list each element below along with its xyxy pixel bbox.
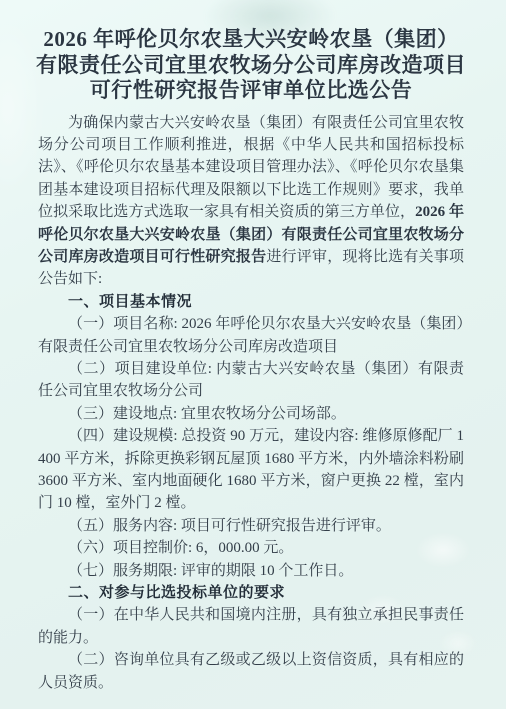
intro-paragraph: 为确保内蒙古大兴安岭农垦（集团）有限责任公司宜里农牧场分公司项目工作顺利推进，根… (38, 112, 464, 291)
section-1-item-control-price: （六）项目控制价: 6，000.00 元。 (38, 537, 464, 559)
document-body: 为确保内蒙古大兴安岭农垦（集团）有限责任公司宜里农牧场分公司项目工作顺利推进，根… (38, 112, 464, 695)
section-2-item-qualification: （二）咨询单位具有乙级或乙级以上资信资质，具有相应的人员资质。 (38, 649, 464, 694)
intro-text-before-project-name: 为确保内蒙古大兴安岭农垦（集团）有限责任公司宜里农牧场分公司项目工作顺利推进，根… (38, 115, 464, 221)
section-1-item-scale: （四）建设规模: 总投资 90 万元，建设内容: 维修原修配厂 1400 平方米… (38, 425, 464, 515)
document-content: 2026 年呼伦贝尔农垦大兴安岭农垦（集团）有限责任公司宜里农牧场分公司库房改造… (38, 27, 464, 694)
section-2-heading: 二、对参与比选投标单位的要求 (38, 582, 464, 604)
section-2-item-registration: （一）在中华人民共和国境内注册，具有独立承担民事责任的能力。 (38, 604, 464, 649)
section-1-item-construction-unit: （二）项目建设单位: 内蒙古大兴安岭农垦（集团）有限责任公司宜里农牧场分公司 (38, 358, 464, 403)
section-1-item-location: （三）建设地点: 宜里农牧场分公司场部。 (38, 403, 464, 425)
scanned-document-page: 2026 年呼伦贝尔农垦大兴安岭农垦（集团）有限责任公司宜里农牧场分公司库房改造… (0, 0, 506, 709)
section-1-item-service-content: （五）服务内容: 项目可行性研究报告进行评审。 (38, 515, 464, 537)
section-1-item-service-period: （七）服务期限: 评审的期限 10 个工作日。 (38, 560, 464, 582)
section-1-heading: 一、项目基本情况 (38, 291, 464, 313)
document-title: 2026 年呼伦贝尔农垦大兴安岭农垦（集团）有限责任公司宜里农牧场分公司库房改造… (34, 27, 468, 104)
section-1-item-project-name: （一）项目名称: 2026 年呼伦贝尔农垦大兴安岭农垦（集团）有限责任公司宜里农… (38, 313, 464, 358)
